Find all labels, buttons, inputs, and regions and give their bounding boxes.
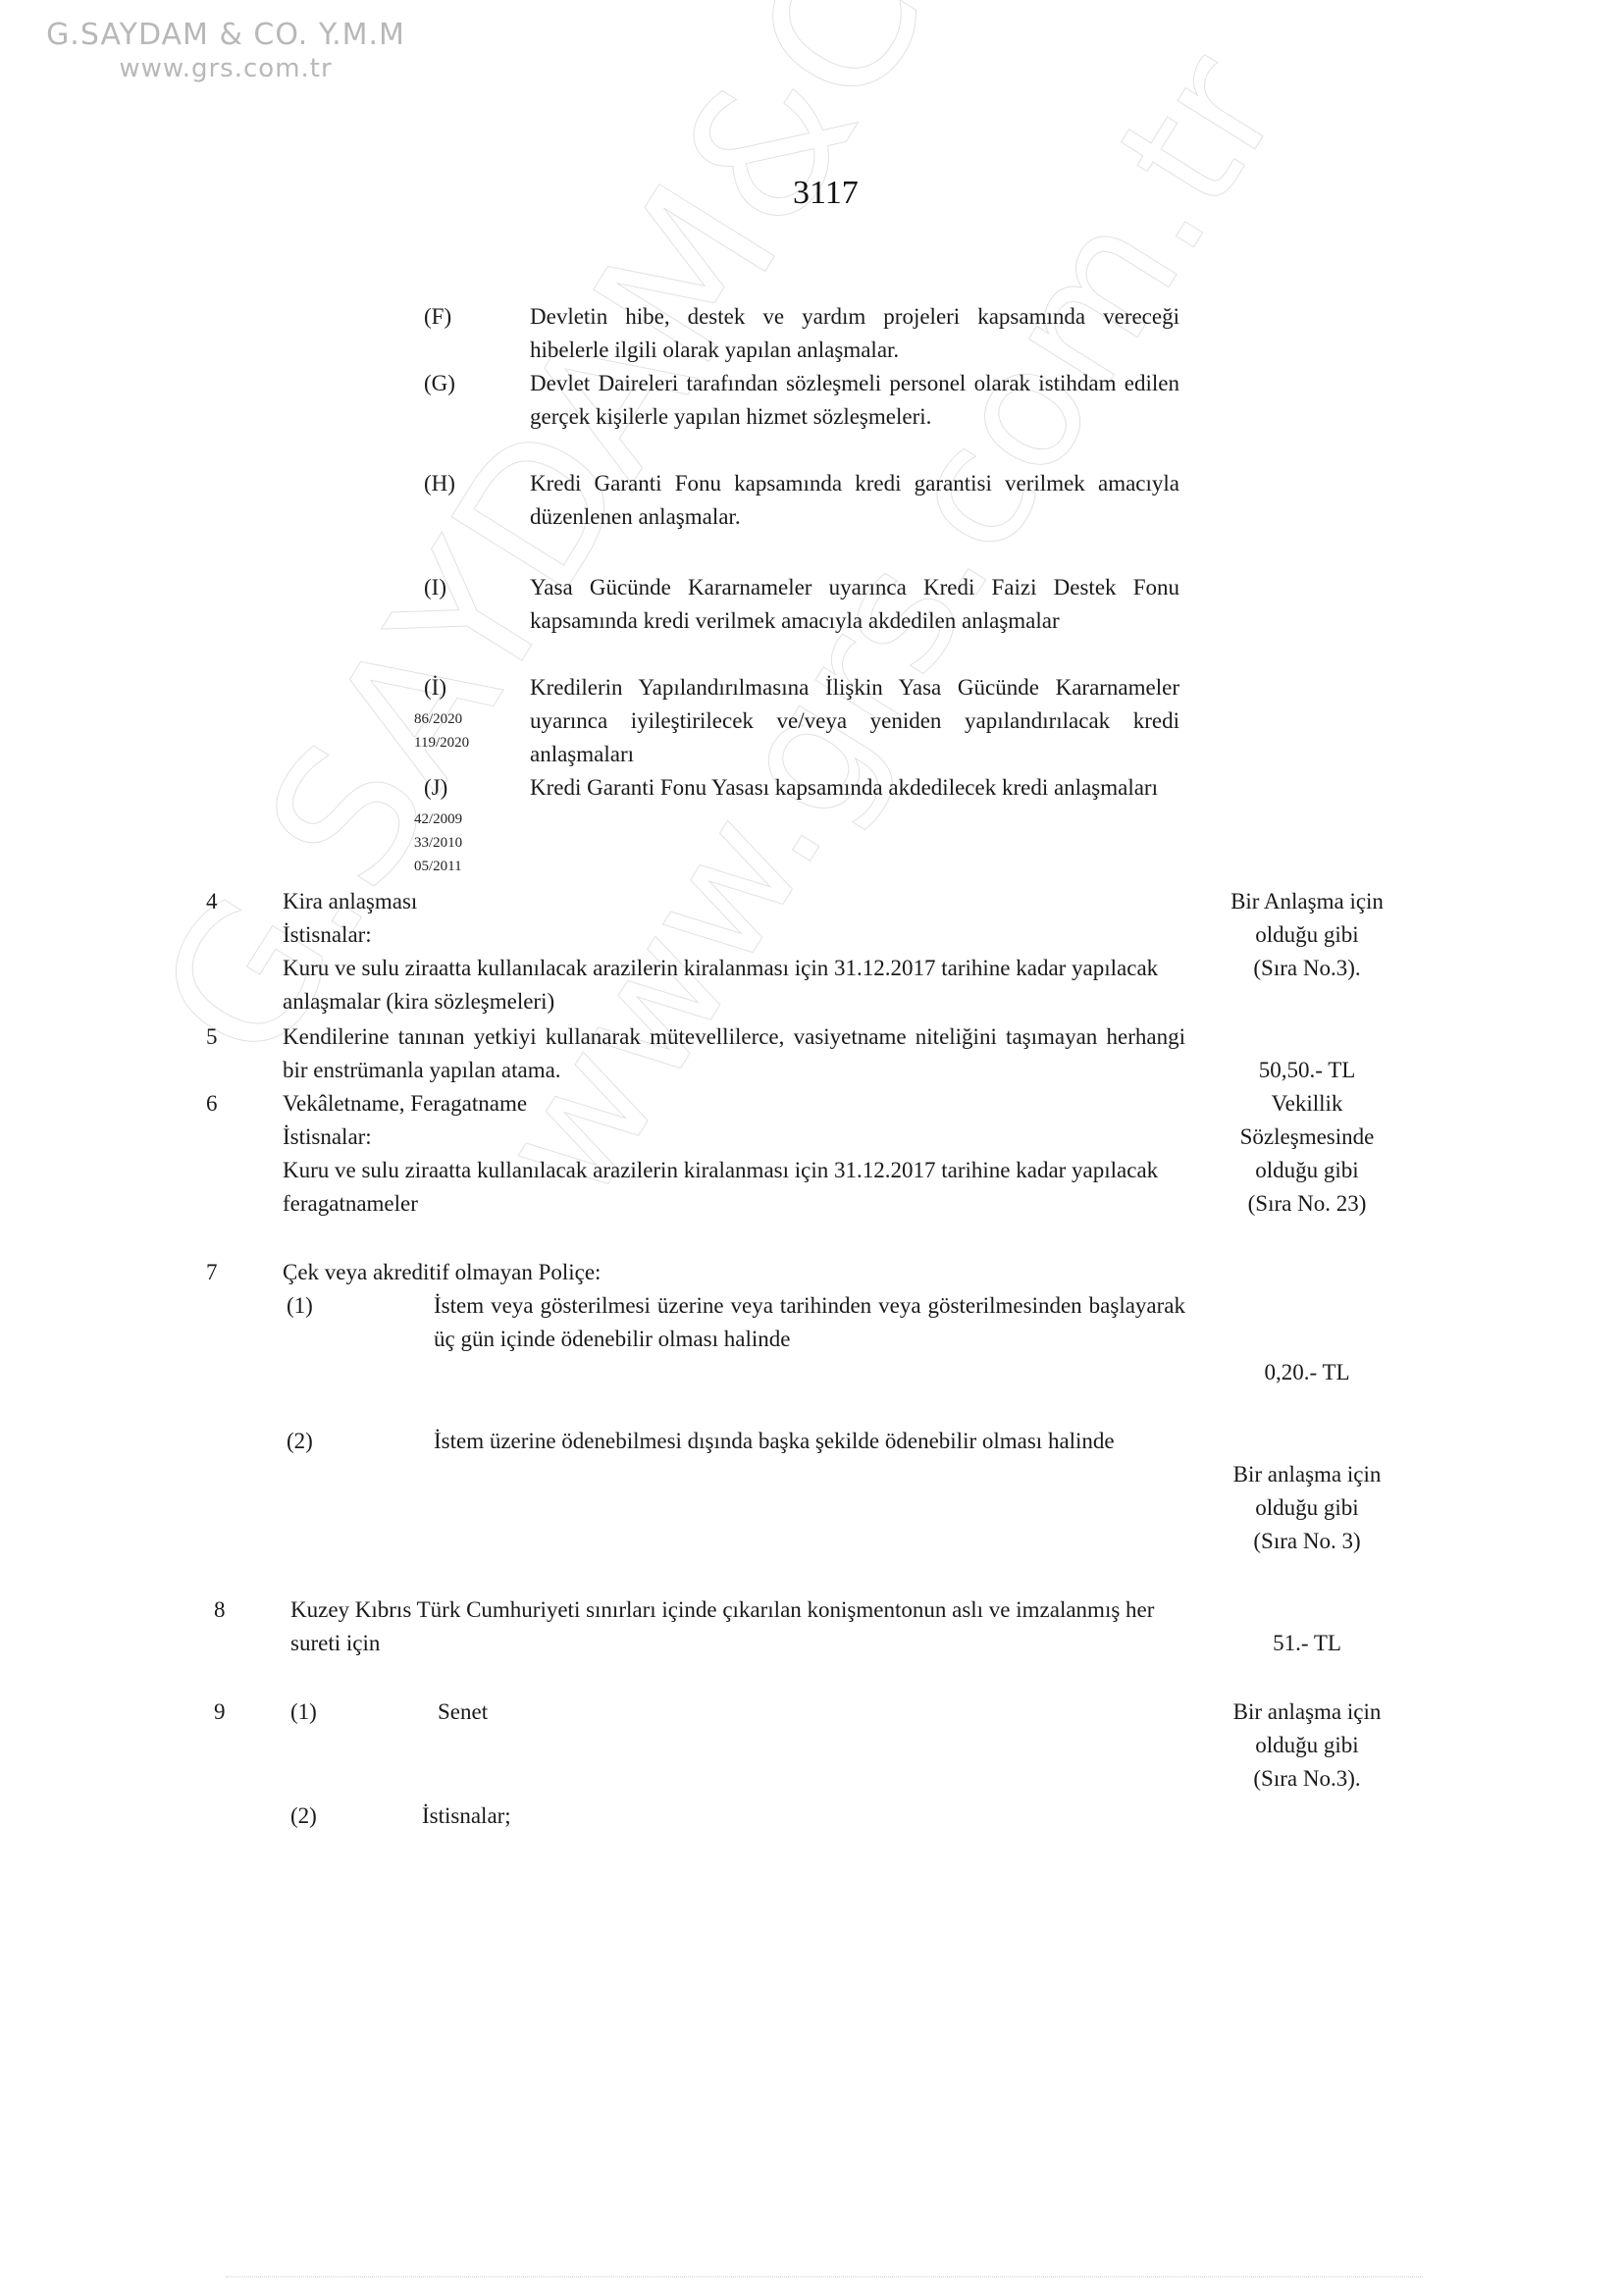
watermark-header: G.SAYDAM & CO. Y.M.M www.grs.com.tr — [0, 18, 451, 83]
fee-line: Vekillik — [1209, 1087, 1405, 1121]
item-text: Kuzey Kıbrıs Türk Cumhuriyeti sınırları … — [290, 1593, 1185, 1660]
watermark-company: G.SAYDAM & CO. Y.M.M — [0, 18, 451, 52]
law-reference: 05/2011 — [414, 858, 462, 876]
item-number: 6 — [206, 1087, 218, 1121]
sub-item-text: Devlet Daireleri tarafından sözleşmeli p… — [530, 367, 1179, 434]
fee-line: 0,20.- TL — [1209, 1356, 1405, 1389]
item-text: Kendilerine tanınan yetkiyi kullanarak m… — [283, 1020, 1185, 1087]
sub-item-text: Kredi Garanti Fonu Yasası kapsamında akd… — [530, 771, 1179, 805]
fee-line: olduğu gibi — [1209, 1729, 1405, 1762]
sub-item-label: (1) — [290, 1696, 317, 1729]
fee-line: 51.- TL — [1209, 1627, 1405, 1660]
item-title: Vekâletname, Feragatname — [283, 1087, 527, 1121]
sub-item-text: Kredi Garanti Fonu kapsamında kredi gara… — [530, 467, 1179, 534]
fee-line: olduğu gibi — [1209, 918, 1405, 952]
sub-item-label: (J) — [424, 771, 447, 805]
exceptions-label: İstisnalar: — [283, 918, 372, 952]
sub-item-label: (2) — [287, 1425, 313, 1458]
law-reference: 86/2020 — [414, 710, 462, 729]
diagonal-watermark: G.SAYDAM&CO. — [118, 0, 1073, 1096]
item-number: 5 — [206, 1020, 218, 1054]
sub-item-text: Senet — [438, 1696, 488, 1729]
fee-line: 50,50.- TL — [1209, 1054, 1405, 1087]
fee-line: Bir Anlaşma için — [1209, 885, 1405, 918]
law-reference: 33/2010 — [414, 834, 462, 853]
scan-artifact-footer — [226, 2276, 1423, 2279]
law-reference: 42/2009 — [414, 810, 462, 829]
sub-item-label: (I) — [424, 571, 446, 604]
sub-item-text: İstem veya gösterilmesi üzerine veya tar… — [434, 1289, 1185, 1356]
sub-item-label: (İ) — [424, 671, 446, 704]
sub-item-label: (F) — [424, 300, 451, 334]
fee-line: (Sıra No. 23) — [1209, 1187, 1405, 1221]
page-number: 3117 — [793, 175, 859, 212]
exceptions-label: İstisnalar: — [283, 1121, 372, 1154]
sub-item-text: İstisnalar; — [422, 1800, 511, 1833]
item-number: 8 — [214, 1593, 226, 1627]
item-text: Kuru ve sulu ziraatta kullanılacak arazi… — [283, 1154, 1185, 1221]
fee-line: Bir anlaşma için — [1209, 1696, 1405, 1729]
item-title: Kira anlaşması — [283, 885, 417, 918]
item-title: Çek veya akreditif olmayan Poliçe: — [283, 1256, 601, 1289]
fee-line: (Sıra No. 3) — [1209, 1525, 1405, 1558]
fee-line: olduğu gibi — [1209, 1154, 1405, 1187]
fee-line: Sözleşmesinde — [1209, 1121, 1405, 1154]
sub-item-label: (1) — [287, 1289, 313, 1323]
item-number: 4 — [206, 885, 218, 918]
item-number: 9 — [214, 1696, 226, 1729]
sub-item-label: (2) — [290, 1800, 317, 1833]
fee-line: (Sıra No.3). — [1209, 952, 1405, 985]
fee-line: olduğu gibi — [1209, 1491, 1405, 1525]
law-reference: 119/2020 — [414, 734, 469, 753]
sub-item-label: (G) — [424, 367, 455, 400]
sub-item-text: Kredilerin Yapılandırılmasına İlişkin Ya… — [530, 671, 1179, 771]
fee-line: Bir anlaşma için — [1209, 1458, 1405, 1491]
fee-line: (Sıra No.3). — [1209, 1762, 1405, 1796]
item-text: Kuru ve sulu ziraatta kullanılacak arazi… — [283, 952, 1185, 1018]
sub-item-label: (H) — [424, 467, 455, 500]
item-number: 7 — [206, 1256, 218, 1289]
sub-item-text: Devletin hibe, destek ve yardım projeler… — [530, 300, 1179, 367]
sub-item-text: Yasa Gücünde Kararnameler uyarınca Kredi… — [530, 571, 1179, 638]
watermark-website: www.grs.com.tr — [0, 54, 451, 83]
sub-item-text: İstem üzerine ödenebilmesi dışında başka… — [434, 1425, 1185, 1458]
